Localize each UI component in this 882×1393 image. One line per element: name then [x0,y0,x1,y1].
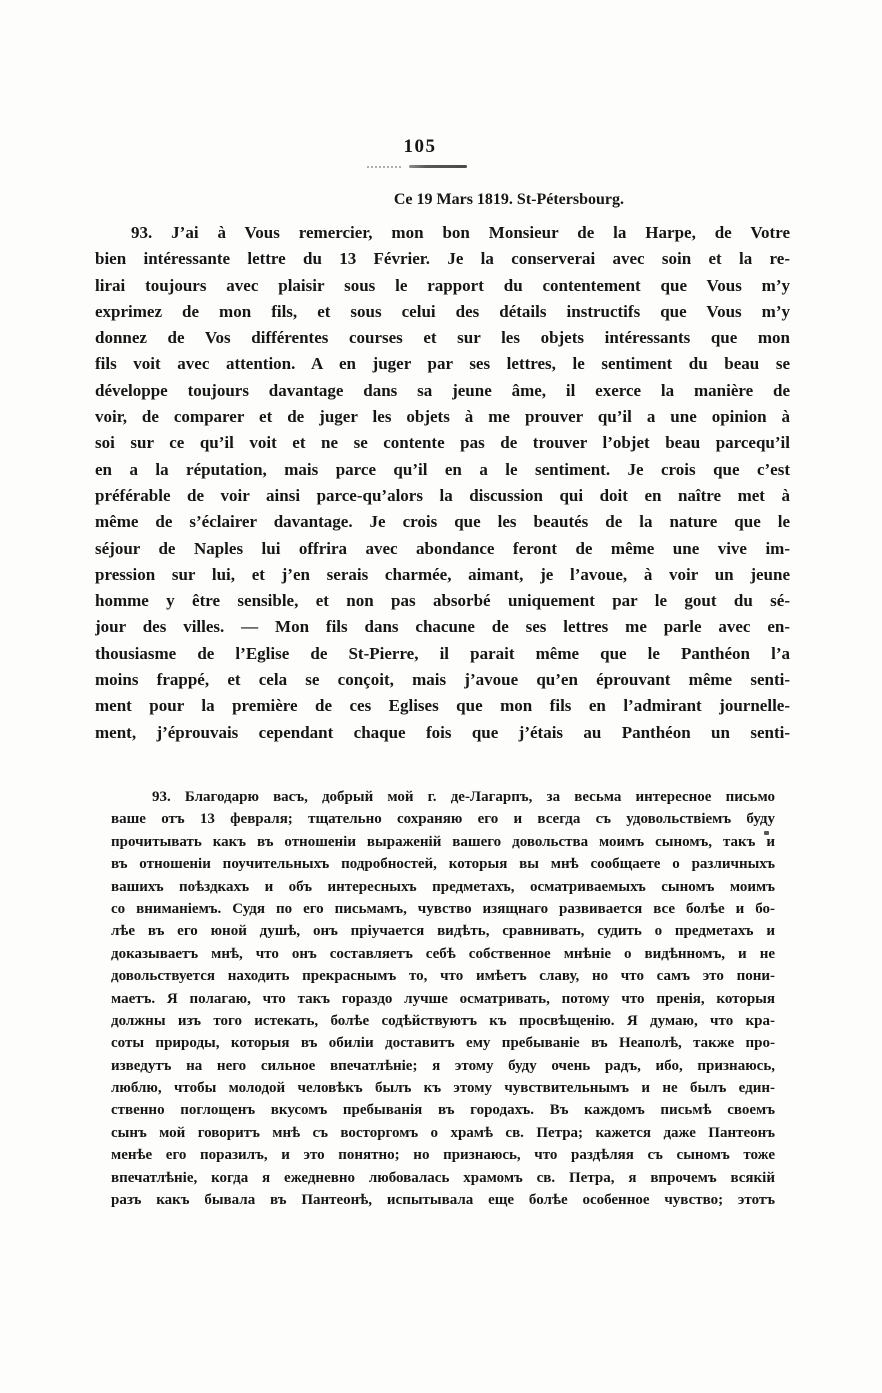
russian-translation-paragraph: 93. Благодарю васъ, добрый мой г. де-Лаг… [111,786,775,1211]
rule-dots [367,166,401,168]
text-line: moins frappé, et cela se conçoit, mais j… [95,667,790,693]
text-line: менѣе его поразилъ, и это понятно; но пр… [111,1144,775,1166]
text-line: soi sur ce qu’il voit et ne se contente … [95,430,790,456]
dateline: Ce 19 Mars 1819. St-Pétersbourg. [95,191,790,209]
text-line: donnez de Vos différentes courses et sur… [95,325,790,351]
text-line: разъ какъ бывала въ Пантеонѣ, испытывала… [111,1189,775,1211]
text-line: доказываетъ мнѣ, что онъ составляетъ себ… [111,943,775,965]
text-line: со вниманіемъ. Судя по его письмамъ, чув… [111,898,775,920]
text-line: соты природы, которыя въ обиліи доставит… [111,1032,775,1054]
text-line: en a la réputation, mais parce qu’il en … [95,457,790,483]
text-line: должны изъ того истекать, болѣе содѣйств… [111,1010,775,1032]
book-page: 105 Ce 19 Mars 1819. St-Pétersbourg. 93.… [0,0,882,1393]
text-line: сынъ мой говоритъ мнѣ съ восторгомъ о хр… [111,1122,775,1144]
text-line: séjour de Naples lui offrira avec abonda… [95,536,790,562]
text-line: fils voit avec attention. A en juger par… [95,351,790,377]
text-line: ваше отъ 13 февраля; тщательно сохраняю … [111,808,775,830]
text-line: pression sur lui, et j’en serais charmée… [95,562,790,588]
text-line: лѣе въ его юной душѣ, онъ пріучается вид… [111,920,775,942]
french-paragraph: 93. J’ai à Vous remercier, mon bon Monsi… [95,220,790,746]
text-line: 93. J’ai à Vous remercier, mon bon Monsi… [95,220,790,246]
text-line: вашихъ поѣздкахъ и объ интересныхъ предм… [111,876,775,898]
text-line: довольствуется находить прекраснымъ то, … [111,965,775,987]
text-line: 93. Благодарю васъ, добрый мой г. де-Лаг… [111,786,775,808]
text-line: développe toujours davantage dans sa jeu… [95,378,790,404]
page-number: 105 [0,136,840,158]
text-line: ment, j’éprouvais cependant chaque fois … [95,720,790,746]
text-line: люблю, чтобы молодой человѣкъ былъ къ эт… [111,1077,775,1099]
text-line: même de s’éclairer davantage. Je crois q… [95,509,790,535]
text-line: exprimez de mon fils, et sous celui des … [95,299,790,325]
ink-speck [764,831,769,835]
text-line: préférable de voir ainsi parce-qu’alors … [95,483,790,509]
text-line: въ отношеніи поучительныхъ подробностей,… [111,853,775,875]
text-line: bien intéressante lettre du 13 Février. … [95,246,790,272]
text-line: thousiasme de l’Eglise de St-Pierre, il … [95,641,790,667]
text-line: ment pour la première de ces Eglises que… [95,693,790,719]
text-line: homme y être sensible, et non pas absorb… [95,588,790,614]
text-line: lirai toujours avec plaisir sous le rapp… [95,273,790,299]
text-line: изведутъ на него сильное впечатлѣніе; я … [111,1055,775,1077]
text-line: voir, de comparer et de juger les objets… [95,404,790,430]
text-line: прочитывать какъ въ отношеніи выраженій … [111,831,775,853]
text-line: jour des villes. — Mon fils dans chacune… [95,614,790,640]
rule-bar [409,165,467,168]
text-line: маетъ. Я полагаю, что такъ гораздо лучше… [111,988,775,1010]
text-line: впечатлѣніе, когда я ежедневно любовалас… [111,1167,775,1189]
text-line: ственно поглощенъ вкусомъ пребыванія въ … [111,1099,775,1121]
page-number-rule [367,164,467,169]
